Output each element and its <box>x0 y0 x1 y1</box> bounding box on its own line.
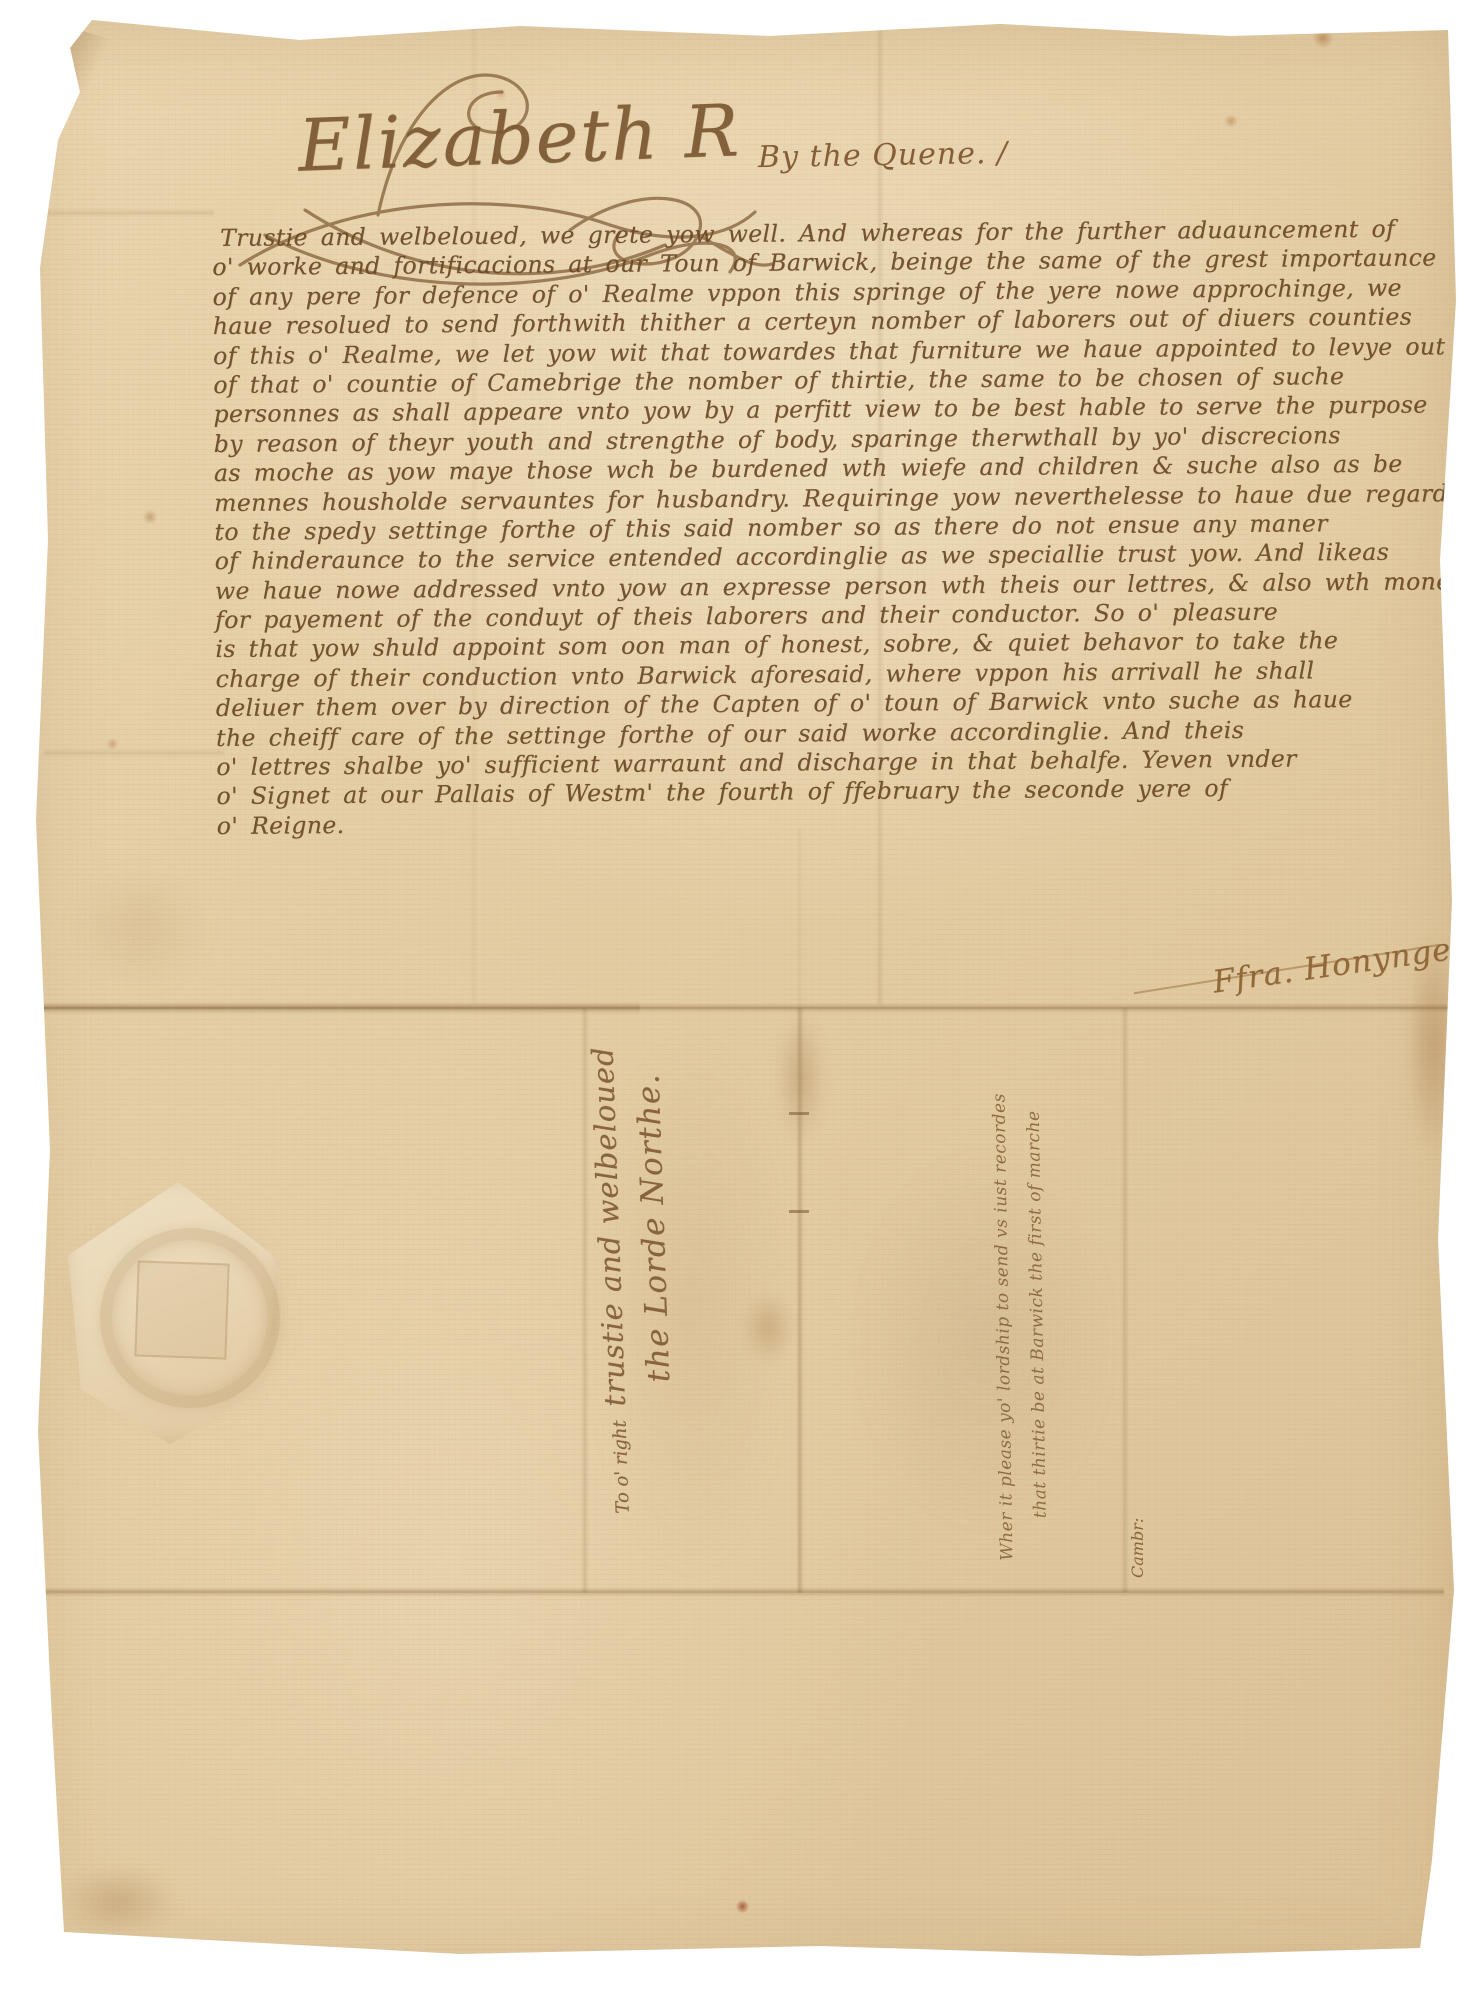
fold-crease-faint-top <box>44 208 214 218</box>
fox-spot <box>106 738 119 750</box>
address-line-2: the Lorde Northe. <box>628 1012 677 1383</box>
fox-spot <box>1312 28 1334 48</box>
seam-stitch-mark <box>789 1210 809 1213</box>
by-the-quene-heading: By the Quene. / <box>758 136 1009 175</box>
fold-crease-main-upper-dark <box>40 1001 640 1015</box>
seal-impression-center <box>134 1260 229 1359</box>
seam-stain <box>778 1012 824 1142</box>
red-spot <box>736 1900 749 1913</box>
fox-spot <box>142 510 158 524</box>
address-panel: To o' righttrustie and welbeloued the Lo… <box>584 1010 751 1515</box>
letter-body: Trustie and welbeloued, we grete yow wel… <box>212 214 1480 841</box>
queen-signature: Elizabeth R <box>297 88 742 187</box>
parchment-letter: Elizabeth R By the Quene. / Trustie and … <box>0 0 1484 2000</box>
docket-county-note: Cambr: <box>1128 1448 1158 1578</box>
fold-crease-faint-left <box>44 748 224 758</box>
water-stain <box>70 868 210 988</box>
docket-panel: Wher it please yo' lordship to send vs i… <box>988 1039 1107 1561</box>
address-lead: To o' right <box>610 1420 634 1514</box>
fox-spot <box>349 26 363 38</box>
fold-crease-main-lower <box>44 1587 1444 1597</box>
vertical-seam-center-extension <box>796 828 804 1008</box>
photo-background: { "page": { "background": "#ffffff" }, "… <box>0 0 1484 2000</box>
docket-line-2: that thirtie be at Barwick the first of … <box>1022 1040 1050 1518</box>
corner-stain <box>58 1866 178 1938</box>
fox-spot <box>1224 114 1238 128</box>
